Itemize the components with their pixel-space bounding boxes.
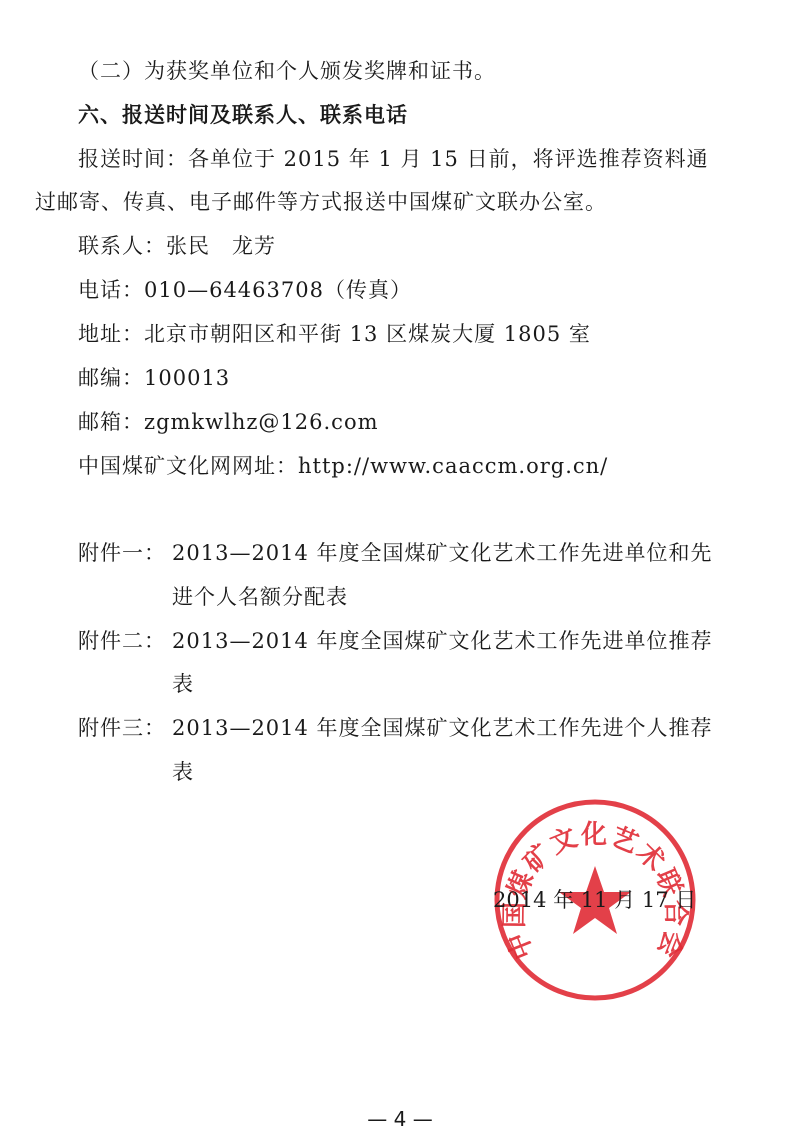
section-6-heading: 六、报送时间及联系人、联系电话 xyxy=(78,99,408,129)
submission-text-line1: 报送时间：各单位于 2015 年 1 月 15 日前，将评选推荐资料通 xyxy=(78,143,709,173)
contacts: 联系人：张民 龙芳 xyxy=(78,230,276,260)
phone: 电话：010—64463708（传真） xyxy=(78,274,412,304)
attachment-2-line1: 2013—2014 年度全国煤矿文化艺术工作先进单位推荐 xyxy=(172,625,713,655)
attachment-3-line2: 表 xyxy=(172,756,194,786)
attachment-3-label: 附件三： xyxy=(78,712,166,742)
postcode: 邮编：100013 xyxy=(78,362,230,392)
attachment-2-line2: 表 xyxy=(172,668,194,698)
submission-text-line2: 过邮寄、传真、电子邮件等方式报送中国煤矿文联办公室。 xyxy=(35,186,607,216)
attachment-3-line1: 2013—2014 年度全国煤矿文化艺术工作先进个人推荐 xyxy=(172,712,713,742)
attachment-2-label: 附件二： xyxy=(78,625,166,655)
attachment-1-line2: 进个人名额分配表 xyxy=(172,581,348,611)
document-date: 2014 年 11 月 17 日 xyxy=(493,884,696,914)
item-2-text: （二）为获奖单位和个人颁发奖牌和证书。 xyxy=(78,55,496,85)
website: 中国煤矿文化网网址：http://www.caaccm.org.cn/ xyxy=(78,450,608,480)
address: 地址：北京市朝阳区和平街 13 区煤炭大厦 1805 室 xyxy=(78,318,591,348)
email: 邮箱：zgmkwlhz@126.com xyxy=(78,406,379,436)
page-number: — 4 — xyxy=(0,1107,800,1131)
attachment-1-label: 附件一： xyxy=(78,537,166,567)
attachment-1-line1: 2013—2014 年度全国煤矿文化艺术工作先进单位和先 xyxy=(172,537,713,567)
